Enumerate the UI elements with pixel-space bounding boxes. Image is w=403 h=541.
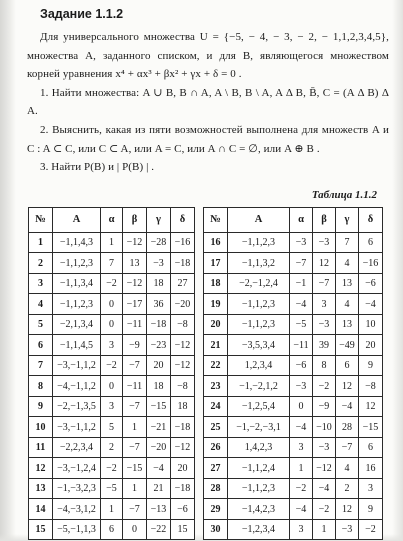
table-header-row: № A α β γ δ bbox=[29, 207, 195, 232]
value-cell: −5,−1,1,3 bbox=[53, 519, 101, 540]
table-row: 1−1,1,4,31−12−28−16 bbox=[29, 232, 195, 253]
value-cell: −1,1,2,4 bbox=[228, 458, 290, 479]
value-cell: −15 bbox=[147, 396, 171, 417]
column-header-number: № bbox=[204, 207, 228, 232]
table-row: 11−2,2,3,42−7−20−12 bbox=[29, 437, 195, 458]
row-number-cell: 3 bbox=[29, 273, 53, 294]
value-cell: −11 bbox=[123, 376, 147, 397]
row-number-cell: 18 bbox=[204, 273, 228, 294]
row-number-cell: 30 bbox=[204, 519, 228, 540]
value-cell: −1,1,2,3 bbox=[228, 294, 290, 315]
table-row: 16−1,1,2,3−3−376 bbox=[204, 232, 383, 253]
problem-statement: Для универсального множества U = {−5, − … bbox=[27, 28, 389, 84]
value-cell: 12 bbox=[336, 499, 359, 520]
value-cell: −2,−1,2,4 bbox=[228, 273, 290, 294]
value-cell: −3 bbox=[313, 437, 336, 458]
value-cell: −12 bbox=[123, 232, 147, 253]
value-cell: −4 bbox=[336, 396, 359, 417]
column-header-beta: β bbox=[123, 207, 147, 232]
value-cell: 0 bbox=[101, 376, 123, 397]
value-cell: 3 bbox=[290, 437, 313, 458]
table-row: 261,4,2,33−3−76 bbox=[204, 437, 383, 458]
table-row: 20−1,1,2,3−5−31310 bbox=[204, 314, 383, 335]
value-cell: 1,2,3,4 bbox=[228, 355, 290, 376]
value-cell: 0 bbox=[123, 519, 147, 540]
value-cell: −2 bbox=[101, 355, 123, 376]
row-number-cell: 4 bbox=[29, 294, 53, 315]
value-cell: −18 bbox=[171, 417, 195, 438]
value-cell: 3 bbox=[359, 478, 383, 499]
value-cell: 21 bbox=[147, 478, 171, 499]
value-cell: −7 bbox=[313, 273, 336, 294]
value-cell: −7 bbox=[290, 253, 313, 274]
value-cell: −1,1,3,4 bbox=[53, 273, 101, 294]
value-cell: −1,1,2,3 bbox=[228, 314, 290, 335]
value-cell: −16 bbox=[171, 232, 195, 253]
value-cell: −23 bbox=[147, 335, 171, 356]
value-cell: −4 bbox=[290, 499, 313, 520]
value-cell: −18 bbox=[147, 314, 171, 335]
value-cell: −12 bbox=[171, 437, 195, 458]
value-cell: −2 bbox=[313, 376, 336, 397]
task-title: Задание 1.1.2 bbox=[40, 7, 389, 21]
value-cell: 28 bbox=[336, 417, 359, 438]
variant-table-left: № A α β γ δ 1−1,1,4,31−12−28−162−1,1,2,3… bbox=[28, 207, 195, 541]
variant-tables: № A α β γ δ 1−1,1,4,31−12−28−162−1,1,2,3… bbox=[28, 207, 389, 541]
table-row: 17−1,1,3,2−7124−16 bbox=[204, 253, 383, 274]
value-cell: 1 bbox=[123, 478, 147, 499]
table-row: 23−1,−2,1,2−3−212−8 bbox=[204, 376, 383, 397]
table-row: 30−1,2,3,431−3−2 bbox=[204, 519, 383, 540]
row-number-cell: 25 bbox=[204, 417, 228, 438]
row-number-cell: 29 bbox=[204, 499, 228, 520]
value-cell: 0 bbox=[290, 396, 313, 417]
value-cell: −21 bbox=[147, 417, 171, 438]
value-cell: −4 bbox=[147, 458, 171, 479]
table-caption: Таблица 1.1.2 bbox=[27, 189, 377, 201]
value-cell: −11 bbox=[123, 314, 147, 335]
value-cell: 18 bbox=[147, 273, 171, 294]
value-cell: −3 bbox=[336, 519, 359, 540]
value-cell: −8 bbox=[171, 314, 195, 335]
table-row: 21−3,5,3,4−1139−4920 bbox=[204, 335, 383, 356]
value-cell: 15 bbox=[171, 519, 195, 540]
value-cell: −4,−1,1,2 bbox=[53, 376, 101, 397]
task-item-2: 2. Выяснить, какая из пяти возможностей … bbox=[27, 121, 389, 158]
value-cell: −17 bbox=[123, 294, 147, 315]
row-number-cell: 14 bbox=[29, 499, 53, 520]
value-cell: −4,−3,1,2 bbox=[53, 499, 101, 520]
value-cell: −4 bbox=[359, 294, 383, 315]
value-cell: 13 bbox=[336, 273, 359, 294]
row-number-cell: 19 bbox=[204, 294, 228, 315]
row-number-cell: 12 bbox=[29, 458, 53, 479]
table-row: 25−1,−2,−3,1−4−1028−15 bbox=[204, 417, 383, 438]
table-row: 2−1,1,2,3713−3−18 bbox=[29, 253, 195, 274]
row-number-cell: 7 bbox=[29, 355, 53, 376]
value-cell: −2 bbox=[313, 499, 336, 520]
row-number-cell: 10 bbox=[29, 417, 53, 438]
value-cell: −9 bbox=[313, 396, 336, 417]
value-cell: 27 bbox=[171, 273, 195, 294]
value-cell: −18 bbox=[171, 478, 195, 499]
row-number-cell: 5 bbox=[29, 314, 53, 335]
column-header-a: A bbox=[228, 207, 290, 232]
table-row: 27−1,1,2,41−12416 bbox=[204, 458, 383, 479]
table-row: 19−1,1,2,3−434−4 bbox=[204, 294, 383, 315]
value-cell: −4 bbox=[290, 294, 313, 315]
value-cell: 20 bbox=[359, 335, 383, 356]
row-number-cell: 2 bbox=[29, 253, 53, 274]
value-cell: −6 bbox=[171, 499, 195, 520]
row-number-cell: 17 bbox=[204, 253, 228, 274]
value-cell: 2 bbox=[101, 437, 123, 458]
value-cell: 36 bbox=[147, 294, 171, 315]
value-cell: −22 bbox=[147, 519, 171, 540]
row-number-cell: 15 bbox=[29, 519, 53, 540]
value-cell: −1,−2,−3,1 bbox=[228, 417, 290, 438]
value-cell: −10 bbox=[313, 417, 336, 438]
value-cell: −13 bbox=[147, 499, 171, 520]
value-cell: 1 bbox=[123, 417, 147, 438]
value-cell: −3,−1,1,2 bbox=[53, 417, 101, 438]
column-header-number: № bbox=[29, 207, 53, 232]
table-row: 221,2,3,4−6869 bbox=[204, 355, 383, 376]
table-header-row: № A α β γ δ bbox=[204, 207, 383, 232]
value-cell: −7 bbox=[123, 396, 147, 417]
table-row: 13−1,−3,2,3−5121−18 bbox=[29, 478, 195, 499]
value-cell: 7 bbox=[336, 232, 359, 253]
value-cell: 13 bbox=[336, 314, 359, 335]
table-row: 24−1,2,5,40−9−412 bbox=[204, 396, 383, 417]
value-cell: 3 bbox=[313, 294, 336, 315]
table-row: 3−1,1,3,4−2−121827 bbox=[29, 273, 195, 294]
value-cell: 7 bbox=[101, 253, 123, 274]
value-cell: −1 bbox=[290, 273, 313, 294]
table-row: 28−1,1,2,3−2−423 bbox=[204, 478, 383, 499]
value-cell: −1,1,2,3 bbox=[228, 232, 290, 253]
value-cell: 2 bbox=[336, 478, 359, 499]
column-header-gamma: γ bbox=[336, 207, 359, 232]
value-cell: 1 bbox=[290, 458, 313, 479]
table-row: 10−3,−1,1,251−21−18 bbox=[29, 417, 195, 438]
value-cell: −16 bbox=[359, 253, 383, 274]
row-number-cell: 1 bbox=[29, 232, 53, 253]
value-cell: −8 bbox=[359, 376, 383, 397]
value-cell: −7 bbox=[123, 355, 147, 376]
value-cell: −1,1,2,3 bbox=[53, 294, 101, 315]
value-cell: 3 bbox=[101, 396, 123, 417]
value-cell: −15 bbox=[123, 458, 147, 479]
variant-table-right: № A α β γ δ 16−1,1,2,3−3−37617−1,1,3,2−7… bbox=[203, 207, 383, 541]
value-cell: −4 bbox=[313, 478, 336, 499]
value-cell: −4 bbox=[290, 417, 313, 438]
scan-edge-right bbox=[392, 0, 403, 541]
value-cell: 1,4,2,3 bbox=[228, 437, 290, 458]
value-cell: 18 bbox=[171, 396, 195, 417]
table-row: 8−4,−1,1,20−1118−8 bbox=[29, 376, 195, 397]
row-number-cell: 20 bbox=[204, 314, 228, 335]
value-cell: −1,1,3,2 bbox=[228, 253, 290, 274]
value-cell: 4 bbox=[336, 294, 359, 315]
column-header-alpha: α bbox=[101, 207, 123, 232]
value-cell: −3 bbox=[313, 232, 336, 253]
value-cell: −3 bbox=[290, 232, 313, 253]
value-cell: −1,1,4,5 bbox=[53, 335, 101, 356]
value-cell: 1 bbox=[101, 499, 123, 520]
value-cell: 3 bbox=[101, 335, 123, 356]
value-cell: 13 bbox=[123, 253, 147, 274]
value-cell: 12 bbox=[313, 253, 336, 274]
value-cell: −5 bbox=[101, 478, 123, 499]
row-number-cell: 27 bbox=[204, 458, 228, 479]
row-number-cell: 6 bbox=[29, 335, 53, 356]
row-number-cell: 22 bbox=[204, 355, 228, 376]
column-header-delta: δ bbox=[359, 207, 383, 232]
value-cell: 5 bbox=[101, 417, 123, 438]
value-cell: −5 bbox=[290, 314, 313, 335]
value-cell: −6 bbox=[290, 355, 313, 376]
table-row: 15−5,−1,1,360−2215 bbox=[29, 519, 195, 540]
value-cell: 4 bbox=[336, 253, 359, 274]
row-number-cell: 21 bbox=[204, 335, 228, 356]
value-cell: −2 bbox=[359, 519, 383, 540]
value-cell: −8 bbox=[171, 376, 195, 397]
value-cell: 9 bbox=[359, 499, 383, 520]
row-number-cell: 23 bbox=[204, 376, 228, 397]
table-row: 6−1,1,4,53−9−23−12 bbox=[29, 335, 195, 356]
row-number-cell: 13 bbox=[29, 478, 53, 499]
scan-edge-left bbox=[0, 0, 16, 541]
row-number-cell: 8 bbox=[29, 376, 53, 397]
value-cell: −12 bbox=[313, 458, 336, 479]
table-row: 12−3,−1,2,4−2−15−420 bbox=[29, 458, 195, 479]
table-row: 29−1,4,2,3−4−2129 bbox=[204, 499, 383, 520]
value-cell: 3 bbox=[290, 519, 313, 540]
value-cell: 0 bbox=[101, 314, 123, 335]
value-cell: −12 bbox=[123, 273, 147, 294]
value-cell: −12 bbox=[171, 355, 195, 376]
value-cell: 6 bbox=[359, 437, 383, 458]
value-cell: 20 bbox=[171, 458, 195, 479]
value-cell: −11 bbox=[290, 335, 313, 356]
value-cell: 18 bbox=[147, 376, 171, 397]
row-number-cell: 28 bbox=[204, 478, 228, 499]
value-cell: −3 bbox=[147, 253, 171, 274]
value-cell: 6 bbox=[336, 355, 359, 376]
value-cell: −2,−1,3,5 bbox=[53, 396, 101, 417]
task-item-1: 1. Найти множества: A ∪ B, B ∩ A, A \ B,… bbox=[27, 84, 389, 121]
value-cell: −2,1,3,4 bbox=[53, 314, 101, 335]
column-header-gamma: γ bbox=[147, 207, 171, 232]
value-cell: −49 bbox=[336, 335, 359, 356]
value-cell: −1,1,2,3 bbox=[228, 478, 290, 499]
value-cell: 9 bbox=[359, 355, 383, 376]
value-cell: −1,2,5,4 bbox=[228, 396, 290, 417]
task-item-3: 3. Найти P(B) и | P(B) | . bbox=[27, 158, 389, 177]
value-cell: 4 bbox=[336, 458, 359, 479]
value-cell: −1,−3,2,3 bbox=[53, 478, 101, 499]
table-row: 4−1,1,2,30−1736−20 bbox=[29, 294, 195, 315]
value-cell: 0 bbox=[101, 294, 123, 315]
value-cell: 12 bbox=[336, 376, 359, 397]
row-number-cell: 11 bbox=[29, 437, 53, 458]
column-header-beta: β bbox=[313, 207, 336, 232]
value-cell: −1,4,2,3 bbox=[228, 499, 290, 520]
value-cell: −18 bbox=[171, 253, 195, 274]
row-number-cell: 26 bbox=[204, 437, 228, 458]
value-cell: 39 bbox=[313, 335, 336, 356]
value-cell: 1 bbox=[313, 519, 336, 540]
table-row: 9−2,−1,3,53−7−1518 bbox=[29, 396, 195, 417]
value-cell: −2,2,3,4 bbox=[53, 437, 101, 458]
column-header-a: A bbox=[53, 207, 101, 232]
value-cell: −3 bbox=[290, 376, 313, 397]
value-cell: −3,−1,1,2 bbox=[53, 355, 101, 376]
value-cell: 6 bbox=[101, 519, 123, 540]
value-cell: −1,1,2,3 bbox=[53, 253, 101, 274]
value-cell: −7 bbox=[336, 437, 359, 458]
value-cell: −1,1,4,3 bbox=[53, 232, 101, 253]
value-cell: −3 bbox=[313, 314, 336, 335]
row-number-cell: 24 bbox=[204, 396, 228, 417]
value-cell: −2 bbox=[290, 478, 313, 499]
value-cell: −1,2,3,4 bbox=[228, 519, 290, 540]
value-cell: 16 bbox=[359, 458, 383, 479]
value-cell: 20 bbox=[147, 355, 171, 376]
value-cell: −1,−2,1,2 bbox=[228, 376, 290, 397]
column-header-delta: δ bbox=[171, 207, 195, 232]
value-cell: 8 bbox=[313, 355, 336, 376]
value-cell: −7 bbox=[123, 437, 147, 458]
value-cell: −3,5,3,4 bbox=[228, 335, 290, 356]
value-cell: −12 bbox=[171, 335, 195, 356]
value-cell: 6 bbox=[359, 232, 383, 253]
value-cell: −20 bbox=[171, 294, 195, 315]
page-content: Задание 1.1.2 Для универсального множест… bbox=[27, 7, 389, 540]
value-cell: −20 bbox=[147, 437, 171, 458]
row-number-cell: 16 bbox=[204, 232, 228, 253]
value-cell: 1 bbox=[101, 232, 123, 253]
value-cell: −3,−1,2,4 bbox=[53, 458, 101, 479]
value-cell: 12 bbox=[359, 396, 383, 417]
value-cell: −2 bbox=[101, 273, 123, 294]
value-cell: −7 bbox=[123, 499, 147, 520]
table-row: 14−4,−3,1,21−7−13−6 bbox=[29, 499, 195, 520]
value-cell: −15 bbox=[359, 417, 383, 438]
table-row: 7−3,−1,1,2−2−720−12 bbox=[29, 355, 195, 376]
value-cell: −9 bbox=[123, 335, 147, 356]
value-cell: −28 bbox=[147, 232, 171, 253]
table-row: 18−2,−1,2,4−1−713−6 bbox=[204, 273, 383, 294]
table-row: 5−2,1,3,40−11−18−8 bbox=[29, 314, 195, 335]
value-cell: −2 bbox=[101, 458, 123, 479]
column-header-alpha: α bbox=[290, 207, 313, 232]
row-number-cell: 9 bbox=[29, 396, 53, 417]
value-cell: 10 bbox=[359, 314, 383, 335]
value-cell: −6 bbox=[359, 273, 383, 294]
